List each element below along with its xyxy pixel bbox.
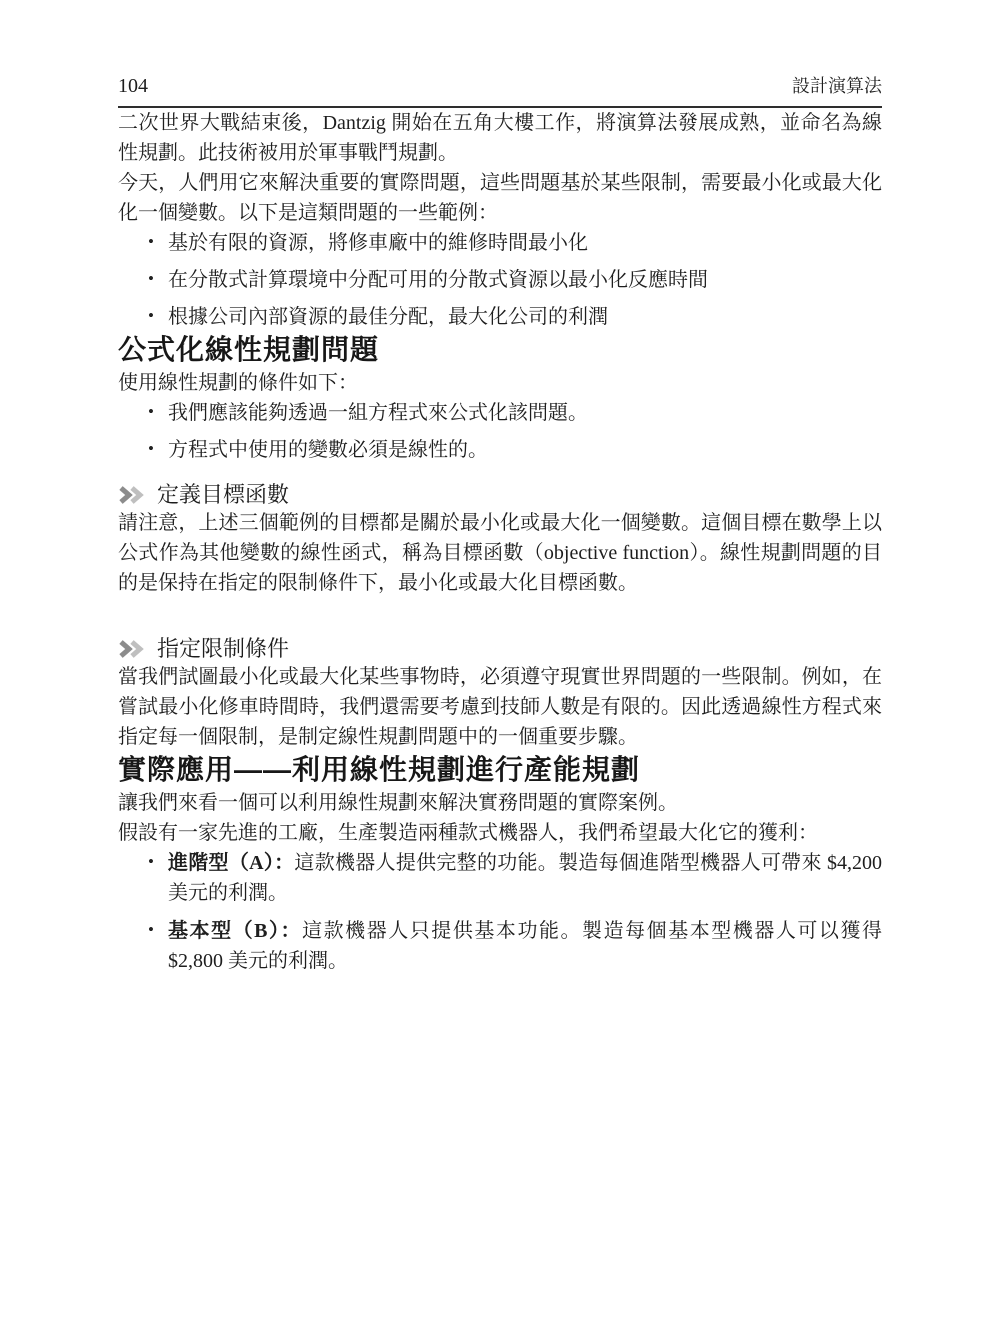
running-title: 設計演算法 xyxy=(792,74,882,98)
bullet-dot-icon: • xyxy=(148,227,154,257)
list-item: • 方程式中使用的變數必須是線性的。 xyxy=(148,435,882,465)
formulating-intro: 使用線性規劃的條件如下： xyxy=(118,368,882,398)
list-item-text: 我們應該能夠透過一組方程式來公式化該問題。 xyxy=(168,402,588,424)
book-page: 104 設計演算法 二次世界大戰結束後，Dantzig 開始在五角大樓工作，將演… xyxy=(0,0,1000,1341)
list-item: • 根據公司內部資源的最佳分配，最大化公司的利潤 xyxy=(148,302,882,332)
intro-paragraph-2: 今天，人們用它來解決重要的實際問題，這些問題基於某些限制，需要最小化或最大化化一… xyxy=(118,168,882,228)
list-item-text: 方程式中使用的變數必須是線性的。 xyxy=(168,439,488,461)
constraints-paragraph: 當我們試圖最小化或最大化某些事物時，必須遵守現實世界問題的一些限制。例如，在嘗試… xyxy=(118,662,882,752)
case-study-paragraph-1: 讓我們來看一個可以利用線性規劃來解決實務問題的實際案例。 xyxy=(118,788,882,818)
subsection-title: 指定限制條件 xyxy=(157,636,289,662)
bullet-dot-icon: • xyxy=(148,301,154,331)
examples-list: • 基於有限的資源，將修車廠中的維修時間最小化 • 在分散式計算環境中分配可用的… xyxy=(118,228,882,332)
robot-label: 基本型（B）： xyxy=(168,920,302,942)
section-title-formulating: 公式化線性規劃問題 xyxy=(118,332,882,368)
chevron-double-right-icon xyxy=(118,486,146,504)
bullet-dot-icon: • xyxy=(148,847,154,877)
intro-paragraph-1: 二次世界大戰結束後，Dantzig 開始在五角大樓工作，將演算法發展成熟，並命名… xyxy=(118,108,882,168)
page-header: 104 設計演算法 xyxy=(118,74,882,98)
list-item: • 基於有限的資源，將修車廠中的維修時間最小化 xyxy=(148,228,882,258)
list-item: • 進階型（A）：這款機器人提供完整的功能。製造每個進階型機器人可帶來 $4,2… xyxy=(148,848,882,908)
chevron-double-right-icon xyxy=(118,640,146,658)
list-item: • 在分散式計算環境中分配可用的分散式資源以最小化反應時間 xyxy=(148,265,882,295)
list-item: • 基本型（B）：這款機器人只提供基本功能。製造每個基本型機器人可以獲得 $2,… xyxy=(148,916,882,976)
list-item-text: 根據公司內部資源的最佳分配，最大化公司的利潤 xyxy=(168,306,608,328)
page-number: 104 xyxy=(118,74,148,98)
list-item: • 我們應該能夠透過一組方程式來公式化該問題。 xyxy=(148,398,882,428)
subsection-objective-function: 定義目標函數 xyxy=(118,482,882,508)
robot-label: 進階型（A）： xyxy=(168,852,294,874)
subsection-constraints: 指定限制條件 xyxy=(118,636,882,662)
objective-paragraph: 請注意，上述三個範例的目標都是關於最小化或最大化一個變數。這個目標在數學上以公式… xyxy=(118,508,882,598)
robots-list: • 進階型（A）：這款機器人提供完整的功能。製造每個進階型機器人可帶來 $4,2… xyxy=(118,848,882,976)
subsection-title: 定義目標函數 xyxy=(157,482,289,508)
section-title-case-study: 實際應用——利用線性規劃進行產能規劃 xyxy=(118,752,882,788)
list-item-text: 基於有限的資源，將修車廠中的維修時間最小化 xyxy=(168,232,588,254)
case-study-paragraph-2: 假設有一家先進的工廠，生產製造兩種款式機器人，我們希望最大化它的獲利： xyxy=(118,818,882,848)
bullet-dot-icon: • xyxy=(148,264,154,294)
bullet-dot-icon: • xyxy=(148,434,154,464)
list-item-text: 在分散式計算環境中分配可用的分散式資源以最小化反應時間 xyxy=(168,269,708,291)
bullet-dot-icon: • xyxy=(148,397,154,427)
conditions-list: • 我們應該能夠透過一組方程式來公式化該問題。 • 方程式中使用的變數必須是線性… xyxy=(118,398,882,465)
bullet-dot-icon: • xyxy=(148,915,154,945)
